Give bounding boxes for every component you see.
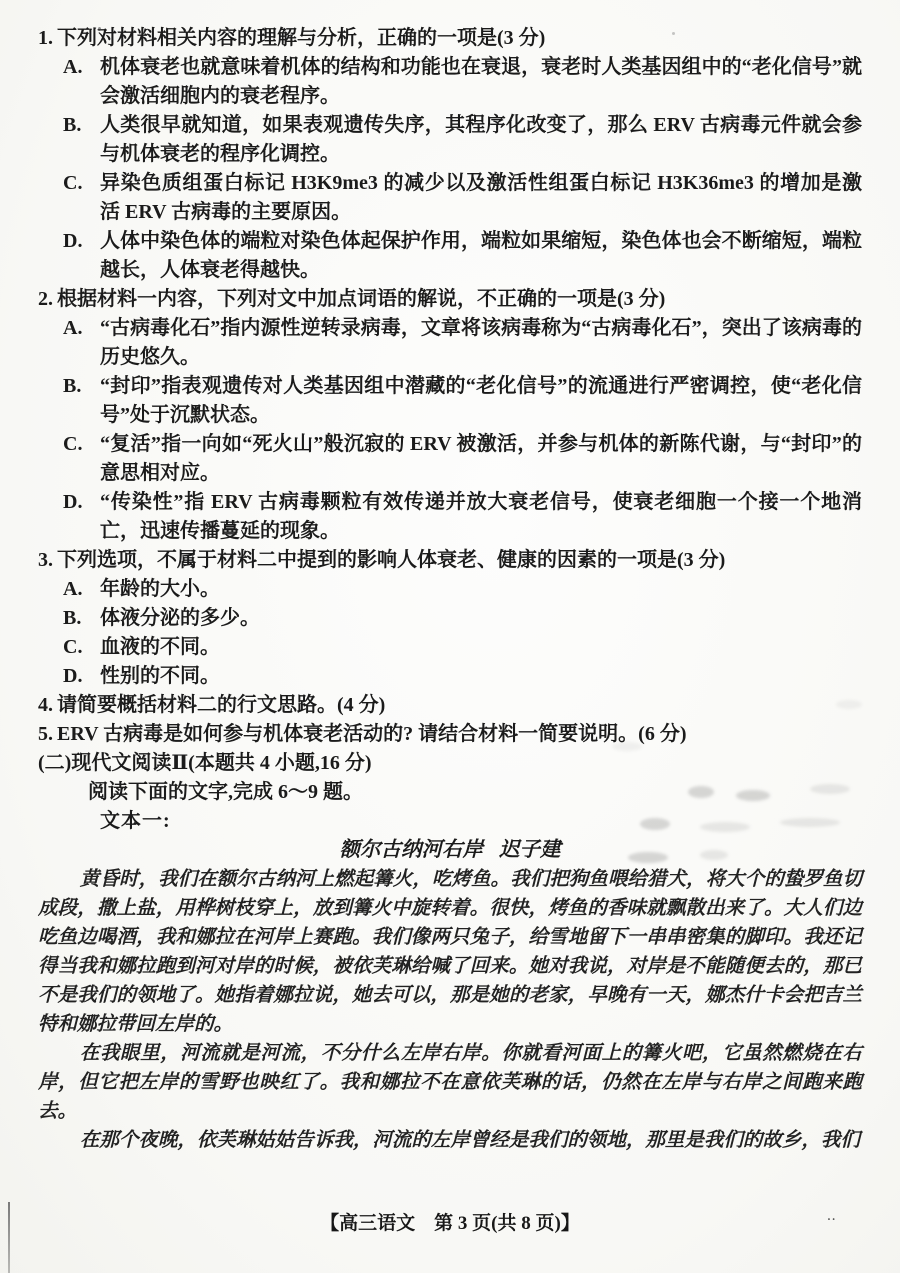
question-1-option-a: A. 机体衰老也就意味着机体的结构和功能也在衰退，衰老时人类基因组中的“老化信号… [63,53,862,111]
option-label: A. [63,575,82,604]
question-5-stem: ERV 古病毒是如何参与机体衰老活动的? 请结合材料一简要说明。(6 分) [57,723,686,745]
text-one-label: 文本一: [38,807,862,836]
section-instruction: 阅读下面的文字,完成 6～9 题。 [38,778,862,807]
question-4-head: 4.请简要概括材料二的行文思路。(4 分) [38,691,862,720]
option-label: A. [63,314,82,343]
option-text: 异染色质组蛋白标记 H3K9me3 的减少以及激活性组蛋白标记 H3K36me3… [100,172,862,223]
option-label: B. [63,604,81,633]
question-2-option-a: A. “古病毒化石”指内源性逆转录病毒，文章将该病毒称为“古病毒化石”，突出了该… [63,314,862,372]
question-5-number: 5. [38,723,53,745]
option-text: “传染性”指 ERV 古病毒颗粒有效传递并放大衰老信号，使衰老细胞一个接一个地消… [100,491,862,542]
question-4: 4.请简要概括材料二的行文思路。(4 分) [38,691,862,720]
question-1-option-b: B. 人类很早就知道，如果表观遗传失序，其程序化改变了，那么 ERV 古病毒元件… [63,111,862,169]
question-2-option-b: B. “封印”指表观遗传对人类基因组中潜藏的“老化信号”的流通进行严密调控，使“… [63,372,862,430]
option-text: “古病毒化石”指内源性逆转录病毒，文章将该病毒称为“古病毒化石”，突出了该病毒的… [100,317,862,368]
question-2-option-c: C. “复活”指一向如“死火山”般沉寂的 ERV 被激活，并参与机体的新陈代谢，… [63,430,862,488]
option-text: 血液的不同。 [100,636,220,658]
option-label: D. [63,227,82,256]
option-label: C. [63,633,82,662]
question-5: 5.ERV 古病毒是如何参与机体衰老活动的? 请结合材料一简要说明。(6 分) [38,720,862,749]
question-1-number: 1. [38,27,53,49]
option-text: 人类很早就知道，如果表观遗传失序，其程序化改变了，那么 ERV 古病毒元件就会参… [100,114,862,165]
question-2-head: 2.根据材料一内容，下列对文中加点词语的解说，不正确的一项是(3 分) [38,285,862,314]
option-text: 机体衰老也就意味着机体的结构和功能也在衰退，衰老时人类基因组中的“老化信号”就会… [100,56,862,107]
question-3-number: 3. [38,549,53,571]
passage-title: 额尔古纳河右岸 [340,839,484,861]
question-2-number: 2. [38,288,53,310]
question-4-stem: 请简要概括材料二的行文思路。(4 分) [57,694,385,716]
option-text: “复活”指一向如“死火山”般沉寂的 ERV 被激活，并参与机体的新陈代谢，与“封… [100,433,862,484]
question-4-number: 4. [38,694,53,716]
option-label: B. [63,372,81,401]
question-2-stem: 根据材料一内容，下列对文中加点词语的解说，不正确的一项是(3 分) [57,288,665,310]
exam-content: 1.下列对材料相关内容的理解与分析，正确的一项是(3 分) A. 机体衰老也就意… [38,24,862,1155]
question-2-option-d: D. “传染性”指 ERV 古病毒颗粒有效传递并放大衰老信号，使衰老细胞一个接一… [63,488,862,546]
passage-author: 迟子建 [499,839,561,861]
question-1-option-c: C. 异染色质组蛋白标记 H3K9me3 的减少以及激活性组蛋白标记 H3K36… [63,169,862,227]
option-label: C. [63,430,82,459]
passage-paragraph-2: 在我眼里，河流就是河流，不分什么左岸右岸。你就看河面上的篝火吧，它虽然燃烧在右岸… [38,1039,862,1126]
question-1-option-d: D. 人体中染色体的端粒对染色体起保护作用，端粒如果缩短，染色体也会不断缩短，端… [63,227,862,285]
exam-page-scan: 1.下列对材料相关内容的理解与分析，正确的一项是(3 分) A. 机体衰老也就意… [0,0,900,1273]
passage-body: 黄昏时，我们在额尔古纳河上燃起篝火，吃烤鱼。我们把狗鱼喂给猎犬，将大个的蛰罗鱼切… [38,865,862,1155]
question-3-option-c: C. 血液的不同。 [63,633,862,662]
passage-title-row: 额尔古纳河右岸迟子建 [38,836,862,865]
option-label: A. [63,53,82,82]
question-3-stem: 下列选项，不属于材料二中提到的影响人体衰老、健康的因素的一项是(3 分) [57,549,725,571]
question-1-head: 1.下列对材料相关内容的理解与分析，正确的一项是(3 分) [38,24,862,53]
question-3-option-b: B. 体液分泌的多少。 [63,604,862,633]
passage-paragraph-3: 在那个夜晚，依芙琳姑姑告诉我，河流的左岸曾经是我们的领地，那里是我们的故乡，我们 [38,1126,862,1155]
option-text: 性别的不同。 [100,665,220,687]
question-2: 2.根据材料一内容，下列对文中加点词语的解说，不正确的一项是(3 分) A. “… [38,285,862,546]
option-text: “封印”指表观遗传对人类基因组中潜藏的“老化信号”的流通进行严密调控，使“老化信… [100,375,862,426]
page-footer: 【高三语文 第 3 页(共 8 页)】 [0,1208,900,1235]
question-1-stem: 下列对材料相关内容的理解与分析，正确的一项是(3 分) [57,27,545,49]
option-text: 年龄的大小。 [100,578,220,600]
option-text: 人体中染色体的端粒对染色体起保护作用，端粒如果缩短，染色体也会不断缩短，端粒越长… [100,230,862,281]
question-3-head: 3.下列选项，不属于材料二中提到的影响人体衰老、健康的因素的一项是(3 分) [38,546,862,575]
option-label: C. [63,169,82,198]
option-label: D. [63,662,82,691]
option-text: 体液分泌的多少。 [100,607,260,629]
passage-paragraph-1: 黄昏时，我们在额尔古纳河上燃起篝火，吃烤鱼。我们把狗鱼喂给猎犬，将大个的蛰罗鱼切… [38,865,862,1039]
option-label: D. [63,488,82,517]
question-5-head: 5.ERV 古病毒是如何参与机体衰老活动的? 请结合材料一简要说明。(6 分) [38,720,862,749]
question-3-option-d: D. 性别的不同。 [63,662,862,691]
question-3-option-a: A. 年龄的大小。 [63,575,862,604]
section-heading: (二)现代文阅读Ⅱ(本题共 4 小题,16 分) [38,749,862,778]
question-1: 1.下列对材料相关内容的理解与分析，正确的一项是(3 分) A. 机体衰老也就意… [38,24,862,285]
question-3: 3.下列选项，不属于材料二中提到的影响人体衰老、健康的因素的一项是(3 分) A… [38,546,862,691]
option-label: B. [63,111,81,140]
